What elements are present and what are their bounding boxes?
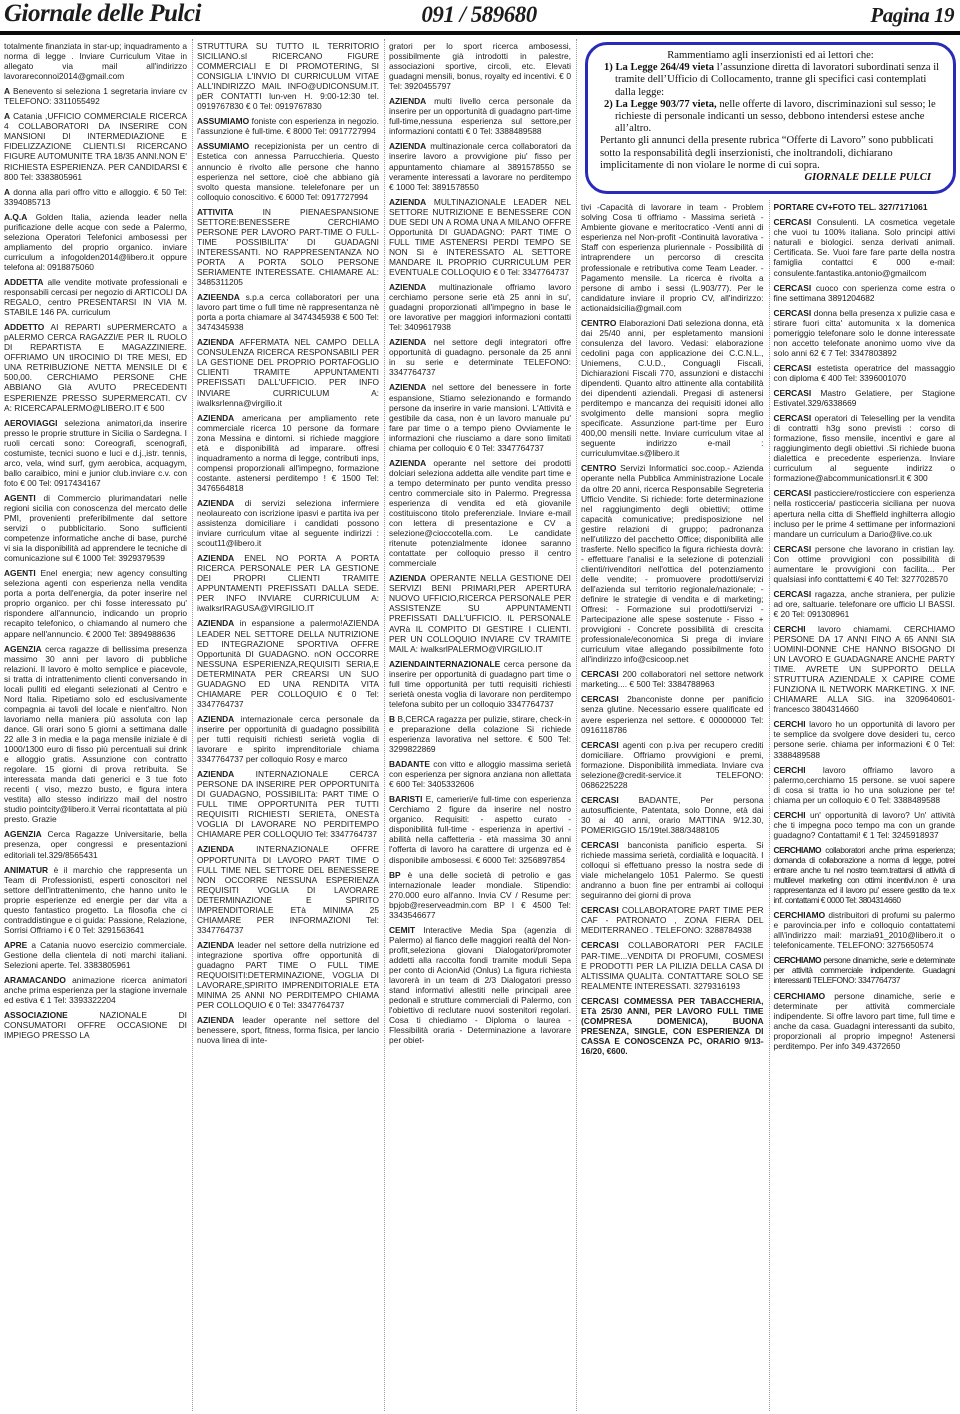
ad-text: IN PIENAESPANSIONE SETTORE:BENESSERE CER… bbox=[197, 207, 379, 287]
ad-item: tivi -Capacità di lavorare in team - Pro… bbox=[581, 202, 764, 313]
ad-lead: CERCASI bbox=[774, 308, 812, 318]
ad-lead: CERCHIAMO bbox=[774, 955, 822, 965]
ad-text: Interactive Media Spa (agenzia di Palerm… bbox=[389, 925, 571, 1046]
ad-item: BP è una delle società di petrolio e gas… bbox=[389, 870, 571, 920]
ad-lead: CERCASI bbox=[581, 940, 619, 950]
ad-lead: BARISTI bbox=[389, 794, 423, 804]
ad-item: PORTARE CV+FOTO TEL. 327/7171061 bbox=[774, 202, 956, 212]
ad-item: AZIEENDA s.p.a cerca collaboratori per u… bbox=[197, 292, 379, 332]
ad-text: di Commercio plurimandatari nelle region… bbox=[4, 493, 187, 563]
ad-item: CERCASI 2banconiste donne per panificio … bbox=[581, 694, 764, 734]
ad-item: AZIENDA leader operante nel settore del … bbox=[197, 1015, 379, 1045]
ad-item: AGENTI di Commercio plurimandatari nelle… bbox=[4, 493, 187, 563]
ad-item: CERCHI lavoro offriamo lavoro a palermo,… bbox=[774, 765, 956, 805]
ad-item: AZIENDAINTERNAZIONALE cerca persone da i… bbox=[389, 659, 571, 709]
ad-item: ARAMACANDO animazione ricerca animatori … bbox=[4, 975, 187, 1005]
right-columns: tivi -Capacità di lavorare in team - Pro… bbox=[577, 200, 960, 1411]
ad-lead: CERCASI bbox=[581, 669, 619, 679]
ad-lead: AZIENDA bbox=[389, 197, 426, 207]
ad-lead: AZIENDA bbox=[197, 1015, 234, 1025]
ad-item: BARISTI E, camerieri/e full-time con esp… bbox=[389, 794, 571, 864]
legal-notice-items: 1) La Legge 264/49 vieta l’assunzione di… bbox=[600, 62, 941, 135]
ad-item: AZIENDA MULTINAZIONALE LEADER NEL SETTOR… bbox=[389, 197, 571, 277]
ad-text: AFFERMATA NEL CAMPO DELLA CONSULENZA RIC… bbox=[197, 337, 379, 407]
ad-lead: AZIENDA bbox=[389, 337, 426, 347]
ad-text: Servizi Informatici soc.coop.- Azienda o… bbox=[581, 463, 764, 664]
ad-lead: CERCASI bbox=[581, 740, 619, 750]
legal-law-reference: 2) La Legge 903/77 vieta, bbox=[604, 99, 717, 110]
ad-text: americana per ampliamento rete commercia… bbox=[197, 413, 379, 493]
ad-item: CERCASI COMMESSA PER TABACCHERIA, ETà 25… bbox=[581, 996, 764, 1056]
ad-item: CERCASI agenti con p.iva per recupero cr… bbox=[581, 740, 764, 790]
column-1: totalmente finanziata in star-up; inquad… bbox=[0, 39, 192, 1411]
ad-lead: CERCASI bbox=[774, 413, 812, 423]
ad-lead: A bbox=[4, 187, 10, 197]
ad-item: ASSOCIAZIONE NAZIONALE DI CONSUMATORI OF… bbox=[4, 1010, 187, 1040]
ad-lead: CERCASI bbox=[774, 544, 812, 554]
ad-lead: ANIMATUR bbox=[4, 865, 48, 875]
ad-item: CENTRO Elaborazioni Dati seleziona donna… bbox=[581, 318, 764, 459]
ad-text: cerca ragazze di bellissima presenza mas… bbox=[4, 644, 187, 825]
ad-item: CERCASI 200 collaboratori nel settore ne… bbox=[581, 669, 764, 689]
ad-text: è il marchio che rappresenta un Team di … bbox=[4, 865, 187, 935]
ad-text: lavoro chiamami. CERCHIAMO PERSONE DA 17… bbox=[774, 624, 956, 714]
ad-item: A donna alla pari offro vitto e alloggio… bbox=[4, 187, 187, 207]
ad-lead: AZIENDA bbox=[197, 337, 234, 347]
ad-lead: ASSUMIAMO bbox=[197, 116, 249, 126]
ad-lead: AZIENDA bbox=[197, 940, 234, 950]
ad-item: CENTRO Servizi Informatici soc.coop.- Az… bbox=[581, 463, 764, 664]
ad-text: MULTINAZIONALE LEADER NEL SETTORE NUTRIZ… bbox=[389, 197, 571, 277]
ad-item: CERCASI persone che lavorano in cristian… bbox=[774, 544, 956, 584]
ad-item: AZIENDA multi livello cerca personale da… bbox=[389, 96, 571, 136]
ad-item: AZIENDA nel settore del benessere in for… bbox=[389, 382, 571, 452]
ad-item: AEROVIAGGI seleziona animatori,da inseri… bbox=[4, 418, 187, 488]
page-header: Giornale delle Pulci 091 / 589680 Pagina… bbox=[0, 0, 960, 35]
legal-notice-box: Rammentiamo agli inserzionisti ed ai let… bbox=[585, 42, 956, 194]
ad-item: CERCHIAMO collaboratori anche prima espe… bbox=[774, 845, 956, 905]
ad-text: Benevento si seleziona 1 segretaria invi… bbox=[4, 86, 187, 106]
ad-lead: BP bbox=[389, 870, 401, 880]
ad-item: STRUTTURA SU TUTTO IL TERRITORIO SICILIA… bbox=[197, 41, 379, 111]
ad-lead: AZIENDA bbox=[389, 282, 426, 292]
ad-item: ATTIVITA IN PIENAESPANSIONE SETTORE:BENE… bbox=[197, 207, 379, 287]
ad-item: CERCHIAMO persone dinamiche, serie e det… bbox=[774, 955, 956, 985]
ad-item: AZIENDA nel settore degli integratori of… bbox=[389, 337, 571, 377]
ad-lead: CERCASI bbox=[581, 840, 619, 850]
ad-item: AZIENDA internazionale cerca personale d… bbox=[197, 714, 379, 764]
ad-text: Elaborazioni Dati seleziona donna, età d… bbox=[581, 318, 764, 459]
column-4: tivi -Capacità di lavorare in team - Pro… bbox=[577, 200, 769, 1411]
ad-lead: AZIENDA bbox=[197, 553, 234, 563]
ad-lead: CENTRO bbox=[581, 463, 616, 473]
ad-item: ADDETTA alle vendite motivate profession… bbox=[4, 277, 187, 317]
ad-lead: A bbox=[4, 111, 10, 121]
right-section: Rammentiamo agli inserzionisti ed ai let… bbox=[576, 39, 960, 1411]
ad-item: AZIENDA INTERNAZIONALE CERCA PERSONE DA … bbox=[197, 769, 379, 839]
ad-item: gratori per lo sport ricerca ambosessi, … bbox=[389, 41, 571, 91]
ad-item: A.Q.A Golden Italia, azienda leader nell… bbox=[4, 212, 187, 272]
ad-lead: AZIENDA bbox=[389, 458, 426, 468]
ad-text: Catania ,UFFICIO COMMERCIALE RICERCA 4 C… bbox=[4, 111, 187, 181]
ad-lead: AZIENDA bbox=[389, 141, 426, 151]
newspaper-page: Giornale delle Pulci 091 / 589680 Pagina… bbox=[0, 0, 960, 1414]
ad-item: CERCASI banconista panificio esperta. Si… bbox=[581, 840, 764, 900]
ad-item: AZIENDA leader nel settore della nutrizi… bbox=[197, 940, 379, 1010]
ad-lead: ASSUMIAMO bbox=[197, 141, 249, 151]
legal-notice-signature: GIORNALE DELLE PULCI bbox=[600, 172, 941, 184]
ad-lead: AZIENDA bbox=[197, 769, 234, 779]
ad-lead: BADANTE bbox=[389, 759, 430, 769]
ad-item: ANIMATUR è il marchio che rappresenta un… bbox=[4, 865, 187, 935]
ad-item: CERCASI operatori di Teleselling per la … bbox=[774, 413, 956, 483]
ad-lead: AZIENDA bbox=[197, 844, 234, 854]
ad-text: INTERNAZIONALE CERCA PERSONE DA INSERIRE… bbox=[197, 769, 379, 839]
ad-item: CEMIT Interactive Media Spa (agenzia di … bbox=[389, 925, 571, 1046]
ad-item: CERCASI donna bella presenza x pulizie c… bbox=[774, 308, 956, 358]
classifieds-content: totalmente finanziata in star-up; inquad… bbox=[0, 35, 960, 1411]
ad-item: APRE a Catania nuovo esercizio commercia… bbox=[4, 940, 187, 970]
ad-lead: CERCASI bbox=[774, 488, 812, 498]
legal-notice-intro: Rammentiamo agli inserzionisti ed ai let… bbox=[600, 50, 941, 62]
ad-lead: B bbox=[389, 714, 395, 724]
ad-item: CERCASI pasticciere/rosticciere con espe… bbox=[774, 488, 956, 538]
column-2: STRUTTURA SU TUTTO IL TERRITORIO SICILIA… bbox=[192, 39, 384, 1411]
ad-lead: AZIENDA bbox=[197, 618, 234, 628]
ad-lead: AEROVIAGGI bbox=[4, 418, 58, 428]
ad-item: AZIENDA ENEL NO PORTA A PORTA RICERCA PE… bbox=[197, 553, 379, 613]
ad-lead: CERCHIAMO bbox=[774, 910, 826, 920]
ad-lead: CERCASI bbox=[774, 388, 812, 398]
ad-text: in espansione a palermo!AZIENDA LEADER N… bbox=[197, 618, 379, 708]
ad-lead: CERCHIAMO bbox=[774, 845, 822, 855]
ad-item: CERCASI cuoco con sperienza come estra o… bbox=[774, 283, 956, 303]
ad-lead: AZIENDA bbox=[389, 573, 426, 583]
ad-item: AZIENDA operante nel settore dei prodott… bbox=[389, 458, 571, 569]
ad-item: A Catania ,UFFICIO COMMERCIALE RICERCA 4… bbox=[4, 111, 187, 181]
ad-item: ASSUMIAMO foniste con esperienza in nego… bbox=[197, 116, 379, 136]
ad-item: AZIENDA americana per ampliamento rete c… bbox=[197, 413, 379, 493]
ad-text: Golden Italia, azienda leader nella puri… bbox=[4, 212, 187, 272]
ad-lead: CERCASI bbox=[774, 363, 812, 373]
ad-item: AZIENDA OPERANTE NELLA GESTIONE DEI SERV… bbox=[389, 573, 571, 653]
legal-notice-footer: Pertanto gli annunci della presente rubr… bbox=[600, 135, 941, 172]
ad-lead: A.Q.A bbox=[4, 212, 27, 222]
ad-lead: AZIENDAINTERNAZIONALE bbox=[389, 659, 500, 669]
legal-notice-item: 2) La Legge 903/77 vieta, nelle offerte … bbox=[600, 99, 941, 136]
ad-lead: AZIEENDA bbox=[197, 292, 240, 302]
legal-law-reference: 1) La Legge 264/49 vieta bbox=[604, 62, 714, 73]
ad-lead: AGENTI bbox=[4, 493, 36, 503]
ad-lead: ARAMACANDO bbox=[4, 975, 66, 985]
ad-text: E, camerieri/e full-time con esperienza … bbox=[389, 794, 571, 864]
ad-lead: AZIENDA bbox=[197, 413, 234, 423]
ad-item: CERCASI BADANTE, Per persona autosuffici… bbox=[581, 795, 764, 835]
ad-text: OPERANTE NELLA GESTIONE DEI SERVIZI BENI… bbox=[389, 573, 571, 653]
ad-lead: ADDETTO bbox=[4, 322, 44, 332]
ad-item: AZIENDA INTERNAZIONALE OFFRE OPPORTUNITà… bbox=[197, 844, 379, 934]
column-3: gratori per lo sport ricerca ambosessi, … bbox=[384, 39, 576, 1411]
ad-item: CERCASI COLLABORATORE PART TIME PER CAF … bbox=[581, 905, 764, 935]
page-number: Pagina 19 bbox=[637, 3, 954, 28]
ad-item: totalmente finanziata in star-up; inquad… bbox=[4, 41, 187, 81]
ad-item: CERCHIAMO persone dinamiche, serie e det… bbox=[774, 991, 956, 1051]
ad-item: CERCASI estetista operatrice del massagg… bbox=[774, 363, 956, 383]
ad-text: gratori per lo sport ricerca ambosessi, … bbox=[389, 41, 571, 91]
ad-text: AI REPARTI sUPERMERCATO a pALERMO CERCA … bbox=[4, 322, 187, 412]
ad-item: CERCASI COLLABORATORI PER FACILE PAR-TIM… bbox=[581, 940, 764, 990]
ad-item: AZIENDA di servizi seleziona infermiere … bbox=[197, 498, 379, 548]
ad-lead: CERCASI bbox=[774, 217, 812, 227]
ad-text: a Catania nuovo esercizio commerciale. G… bbox=[4, 940, 187, 970]
ad-text: leader nel settore della nutrizione ed i… bbox=[197, 940, 379, 1010]
ad-item: CERCHI lavoro chiamami. CERCHIAMO PERSON… bbox=[774, 624, 956, 714]
ad-text: operante nel settore dei prodotti dolcia… bbox=[389, 458, 571, 568]
ad-text: è una delle società di petrolio e gas in… bbox=[389, 870, 571, 920]
ad-lead: CERCASI bbox=[581, 996, 619, 1006]
ad-lead: AZIENDA bbox=[389, 382, 426, 392]
ad-text: PORTARE CV+FOTO TEL. 327/7171061 bbox=[774, 202, 928, 212]
ad-item: B B,CERCA ragazza per pulizie, stirare, … bbox=[389, 714, 571, 754]
ad-lead: CERCHIAMO bbox=[774, 991, 826, 1001]
ad-lead: CERCASI bbox=[774, 589, 812, 599]
legal-notice-item: 1) La Legge 264/49 vieta l’assunzione di… bbox=[600, 62, 941, 99]
ad-text: nel settore del benessere in forte espan… bbox=[389, 382, 571, 452]
ad-item: AZIENDA in espansione a palermo!AZIENDA … bbox=[197, 618, 379, 708]
ad-lead: A bbox=[4, 86, 10, 96]
ad-lead: AZIENDA bbox=[197, 498, 234, 508]
ad-item: A Benevento si seleziona 1 segretaria in… bbox=[4, 86, 187, 106]
ad-text: seleziona animatori,da inserire presso l… bbox=[4, 418, 187, 488]
ad-item: AGENZIA Cerca Ragazze Universitarie, bel… bbox=[4, 829, 187, 859]
ad-lead: ATTIVITA bbox=[197, 207, 233, 217]
ad-text: donna alla pari offro vitto e alloggio. … bbox=[4, 187, 187, 207]
masthead-title: Giornale delle Pulci bbox=[4, 0, 321, 28]
ad-lead: AZIENDA bbox=[389, 96, 426, 106]
ad-item: AGENZIA cerca ragazze di bellissima pres… bbox=[4, 644, 187, 825]
ad-lead: CERCHI bbox=[774, 624, 806, 634]
ad-text: INTERNAZIONALE OFFRE OPPORTUNITà DI LAVO… bbox=[197, 844, 379, 934]
ad-item: AZIENDA multinazionale offriamo lavoro c… bbox=[389, 282, 571, 332]
ad-item: CERCASI Consulenti. LA cosmetica vegetal… bbox=[774, 217, 956, 277]
ad-lead: ADDETTA bbox=[4, 277, 43, 287]
ad-text: B,CERCA ragazza per pulizie, stirare, ch… bbox=[389, 714, 571, 754]
ad-item: BADANTE con vitto e alloggio massima ser… bbox=[389, 759, 571, 789]
ad-lead: CERCHI bbox=[774, 765, 806, 775]
ad-text: totalmente finanziata in star-up; inquad… bbox=[4, 41, 187, 81]
ad-lead: CERCASI bbox=[581, 795, 619, 805]
ad-lead: CERCHI bbox=[774, 810, 806, 820]
ad-lead: APRE bbox=[4, 940, 27, 950]
ad-text: tivi -Capacità di lavorare in team - Pro… bbox=[581, 202, 764, 312]
ad-lead: CERCASI bbox=[581, 905, 619, 915]
ad-lead: CEMIT bbox=[389, 925, 415, 935]
column-5: PORTARE CV+FOTO TEL. 327/7171061CERCASI … bbox=[769, 200, 960, 1411]
ad-item: CERCHI un' opportunità di lavoro? Un' at… bbox=[774, 810, 956, 840]
ad-item: AGENTI Enel energia; new agency consulti… bbox=[4, 568, 187, 638]
ad-text: STRUTTURA SU TUTTO IL TERRITORIO SICILIA… bbox=[197, 41, 379, 111]
ad-item: CERCHIAMO distribuitori di profumi su pa… bbox=[774, 910, 956, 950]
ad-text: operatori di Teleselling per la vendita … bbox=[774, 413, 956, 483]
ad-lead: CERCHI bbox=[774, 719, 806, 729]
ad-item: ADDETTO AI REPARTI sUPERMERCATO a pALERM… bbox=[4, 322, 187, 412]
ad-lead: AGENZIA bbox=[4, 644, 42, 654]
ad-lead: ASSOCIAZIONE bbox=[4, 1010, 68, 1020]
ad-text: Enel energia; new agency consulting sele… bbox=[4, 568, 187, 638]
ad-lead: CERCASI bbox=[581, 694, 619, 704]
ad-item: CERCHI lavoro ho un opportunità di lavor… bbox=[774, 719, 956, 759]
ad-item: CERCASI Mastro Gelatiere, per Stagione E… bbox=[774, 388, 956, 408]
ad-item: CERCASI ragazza, anche straniera, per pu… bbox=[774, 589, 956, 619]
ad-item: AZIENDA multinazionale cerca collaborato… bbox=[389, 141, 571, 191]
ad-lead: CENTRO bbox=[581, 318, 616, 328]
ad-item: AZIENDA AFFERMATA NEL CAMPO DELLA CONSUL… bbox=[197, 337, 379, 407]
ad-lead: AZIENDA bbox=[197, 714, 234, 724]
ad-lead: AGENTI bbox=[4, 568, 36, 578]
ad-lead: CERCASI bbox=[774, 283, 812, 293]
ad-lead: AGENZIA bbox=[4, 829, 42, 839]
issue-number: 091 / 589680 bbox=[321, 2, 638, 28]
ad-item: ASSUMIAMO recepizionista per un centro d… bbox=[197, 141, 379, 201]
